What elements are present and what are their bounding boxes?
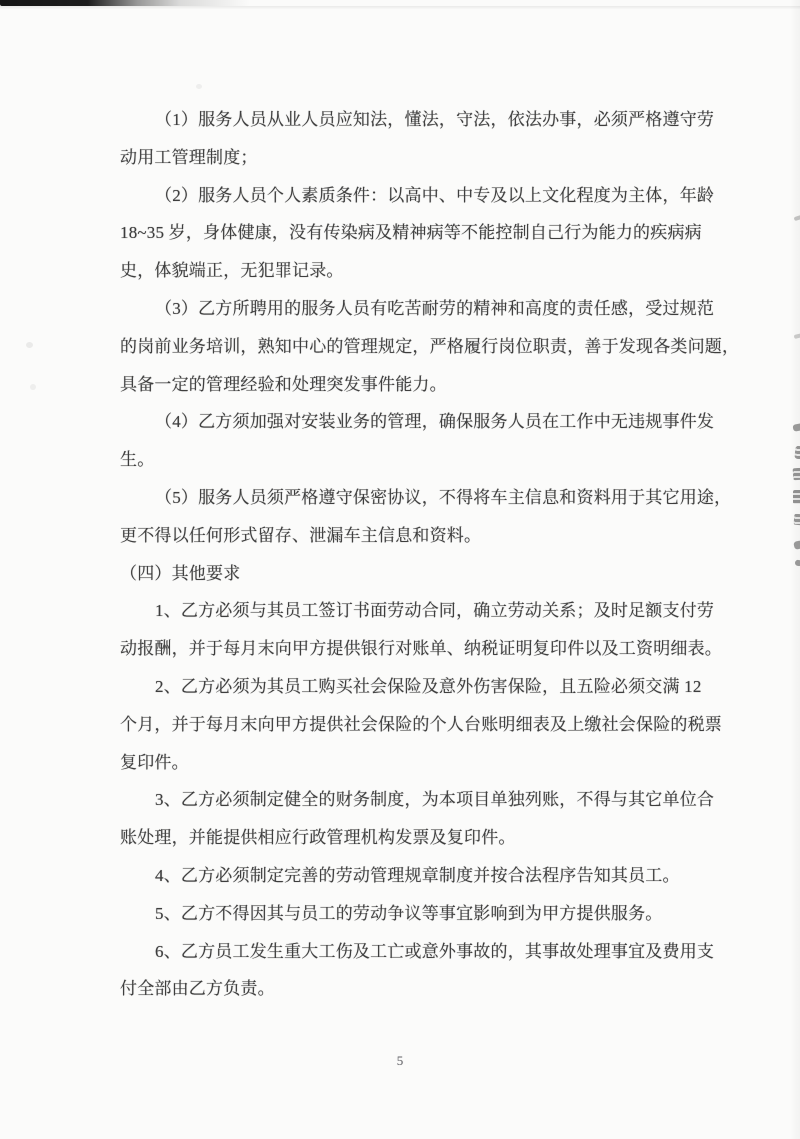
- text-line: 更不得以任何形式留存、泄漏车主信息和资料。: [120, 517, 720, 555]
- text-line: 史，体貌端正，无犯罪记录。: [120, 252, 720, 290]
- text-line: 账处理，并能提供相应行政管理机构发票及复印件。: [120, 819, 720, 857]
- text-line: （四）其他要求: [120, 555, 720, 593]
- scan-artifact-top-line: [0, 6, 800, 9]
- scan-artifact-edge-mark: [795, 560, 800, 567]
- scanned-document-page: （1）服务人员从业人员应知法，懂法，守法，依法办事，必须严格遵守劳动用工管理制度…: [0, 0, 800, 1139]
- page-number: 5: [0, 1053, 800, 1069]
- text-line: 4、乙方必须制定完善的劳动管理规章制度并按合法程序告知其员工。: [120, 857, 720, 895]
- text-line: （4）乙方须加强对安装业务的管理，确保服务人员在工作中无违规事件发: [120, 403, 720, 441]
- text-line: 具备一定的管理经验和处理突发事件能力。: [120, 366, 720, 404]
- text-line: （2）服务人员个人素质条件：以高中、中专及以上文化程度为主体，年龄: [120, 177, 720, 215]
- document-text: （1）服务人员从业人员应知法，懂法，守法，依法办事，必须严格遵守劳动用工管理制度…: [120, 101, 720, 1008]
- text-line: 的岗前业务培训，熟知中心的管理规定，严格履行岗位职责，善于发现各类问题，: [120, 328, 720, 366]
- scan-artifact-dot: [196, 84, 202, 89]
- page-right-edge-shading: [790, 0, 800, 1139]
- text-line: （5）服务人员须严格遵守保密协议，不得将车主信息和资料用于其它用途，: [120, 479, 720, 517]
- text-line: 动用工管理制度；: [120, 139, 720, 177]
- text-line: （3）乙方所聘用的服务人员有吃苦耐劳的精神和高度的责任感，受过规范: [120, 290, 720, 328]
- text-line: 1、乙方必须与其员工签订书面劳动合同，确立劳动关系；及时足额支付劳: [120, 592, 720, 630]
- text-line: 动报酬，并于每月末向甲方提供银行对账单、纳税证明复印件以及工资明细表。: [120, 630, 720, 668]
- text-line: 18~35 岁，身体健康，没有传染病及精神病等不能控制自己行为能力的疾病病: [120, 214, 720, 252]
- text-line: 5、乙方不得因其与员工的劳动争议等事宜影响到为甲方提供服务。: [120, 895, 720, 933]
- text-line: 2、乙方必须为其员工购买社会保险及意外伤害保险，且五险必须交满 12: [120, 668, 720, 706]
- scan-artifact-dot: [26, 342, 33, 348]
- text-line: 个月，并于每月末向甲方提供社会保险的个人台账明细表及上缴社会保险的税票: [120, 706, 720, 744]
- text-line: 6、乙方员工发生重大工伤及工亡或意外事故的，其事故处理事宜及费用支: [120, 933, 720, 971]
- text-line: （1）服务人员从业人员应知法，懂法，守法，依法办事，必须严格遵守劳: [120, 101, 720, 139]
- scan-artifact-edge-mark: [793, 468, 800, 481]
- text-line: 3、乙方必须制定健全的财务制度，为本项目单独列账，不得与其它单位合: [120, 781, 720, 819]
- scan-artifact-edge-mark: [792, 423, 800, 431]
- text-line: 生。: [120, 441, 720, 479]
- text-line: 付全部由乙方负责。: [120, 970, 720, 1008]
- scan-artifact-edge-mark: [794, 446, 800, 460]
- scan-artifact-edge-mark: [793, 490, 800, 504]
- text-line: 复印件。: [120, 744, 720, 782]
- scan-artifact-dot: [30, 384, 36, 390]
- scan-artifact-edge-mark: [794, 514, 800, 526]
- scan-artifact-edge-mark: [793, 540, 800, 550]
